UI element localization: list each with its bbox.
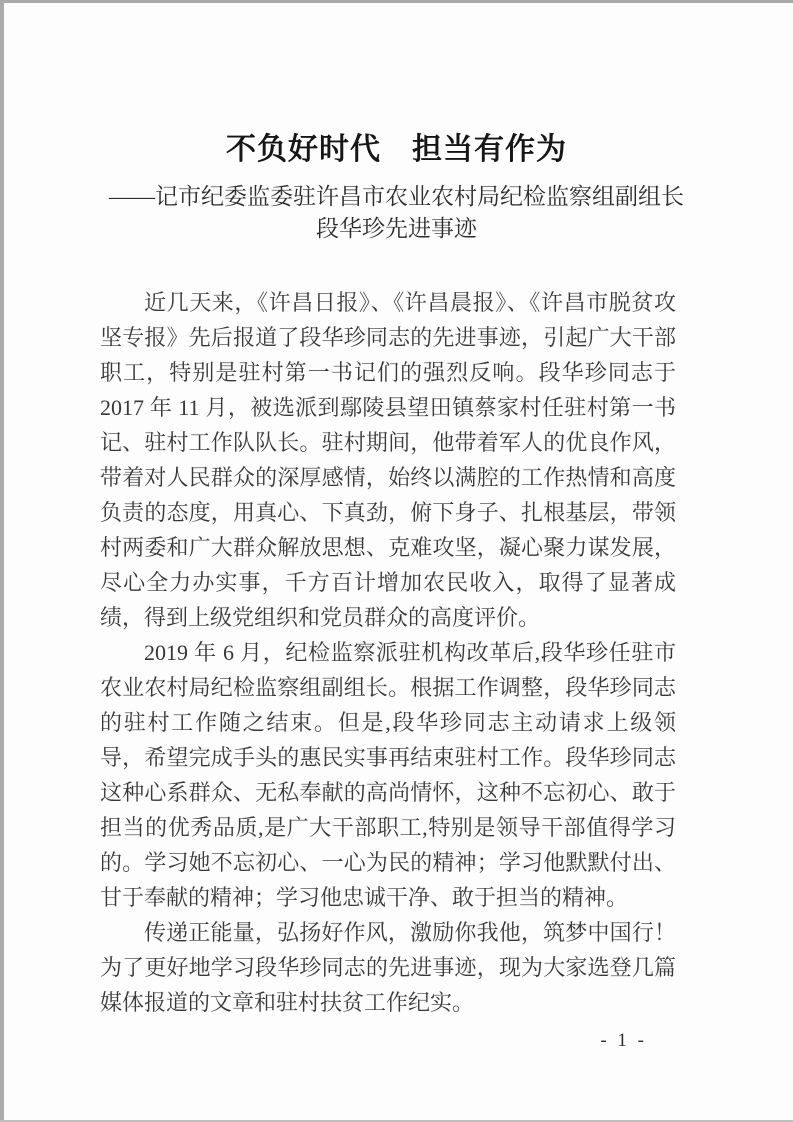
scan-edge-left [0,0,4,1122]
document-subtitle-line-2: 段华珍先进事迹 [0,213,793,245]
paragraph-1: 近几天来，《许昌日报》、《许昌晨报》、《许昌市脱贫攻坚专报》先后报道了段华珍同志… [100,285,676,635]
paragraph-3: 传递正能量，弘扬好作风，激励你我他，筑梦中国行！为了更好地学习段华珍同志的先进事… [100,915,676,1020]
document-page: 不负好时代 担当有作为 ——记市纪委监委驻许昌市农业农村局纪检监察组副组长 段华… [0,0,793,1122]
document-subtitle-line-1: ——记市纪委监委驻许昌市农业农村局纪检监察组副组长 [0,181,793,213]
document-title: 不负好时代 担当有作为 [0,0,793,169]
paragraph-2: 2019 年 6 月，纪检监察派驻机构改革后,段华珍任驻市农业农村局纪检监察组副… [100,635,676,915]
scan-edge-top [0,0,793,3]
document-body: 近几天来，《许昌日报》、《许昌晨报》、《许昌市脱贫攻坚专报》先后报道了段华珍同志… [100,285,676,1020]
page-number: - 1 - [600,1029,647,1053]
